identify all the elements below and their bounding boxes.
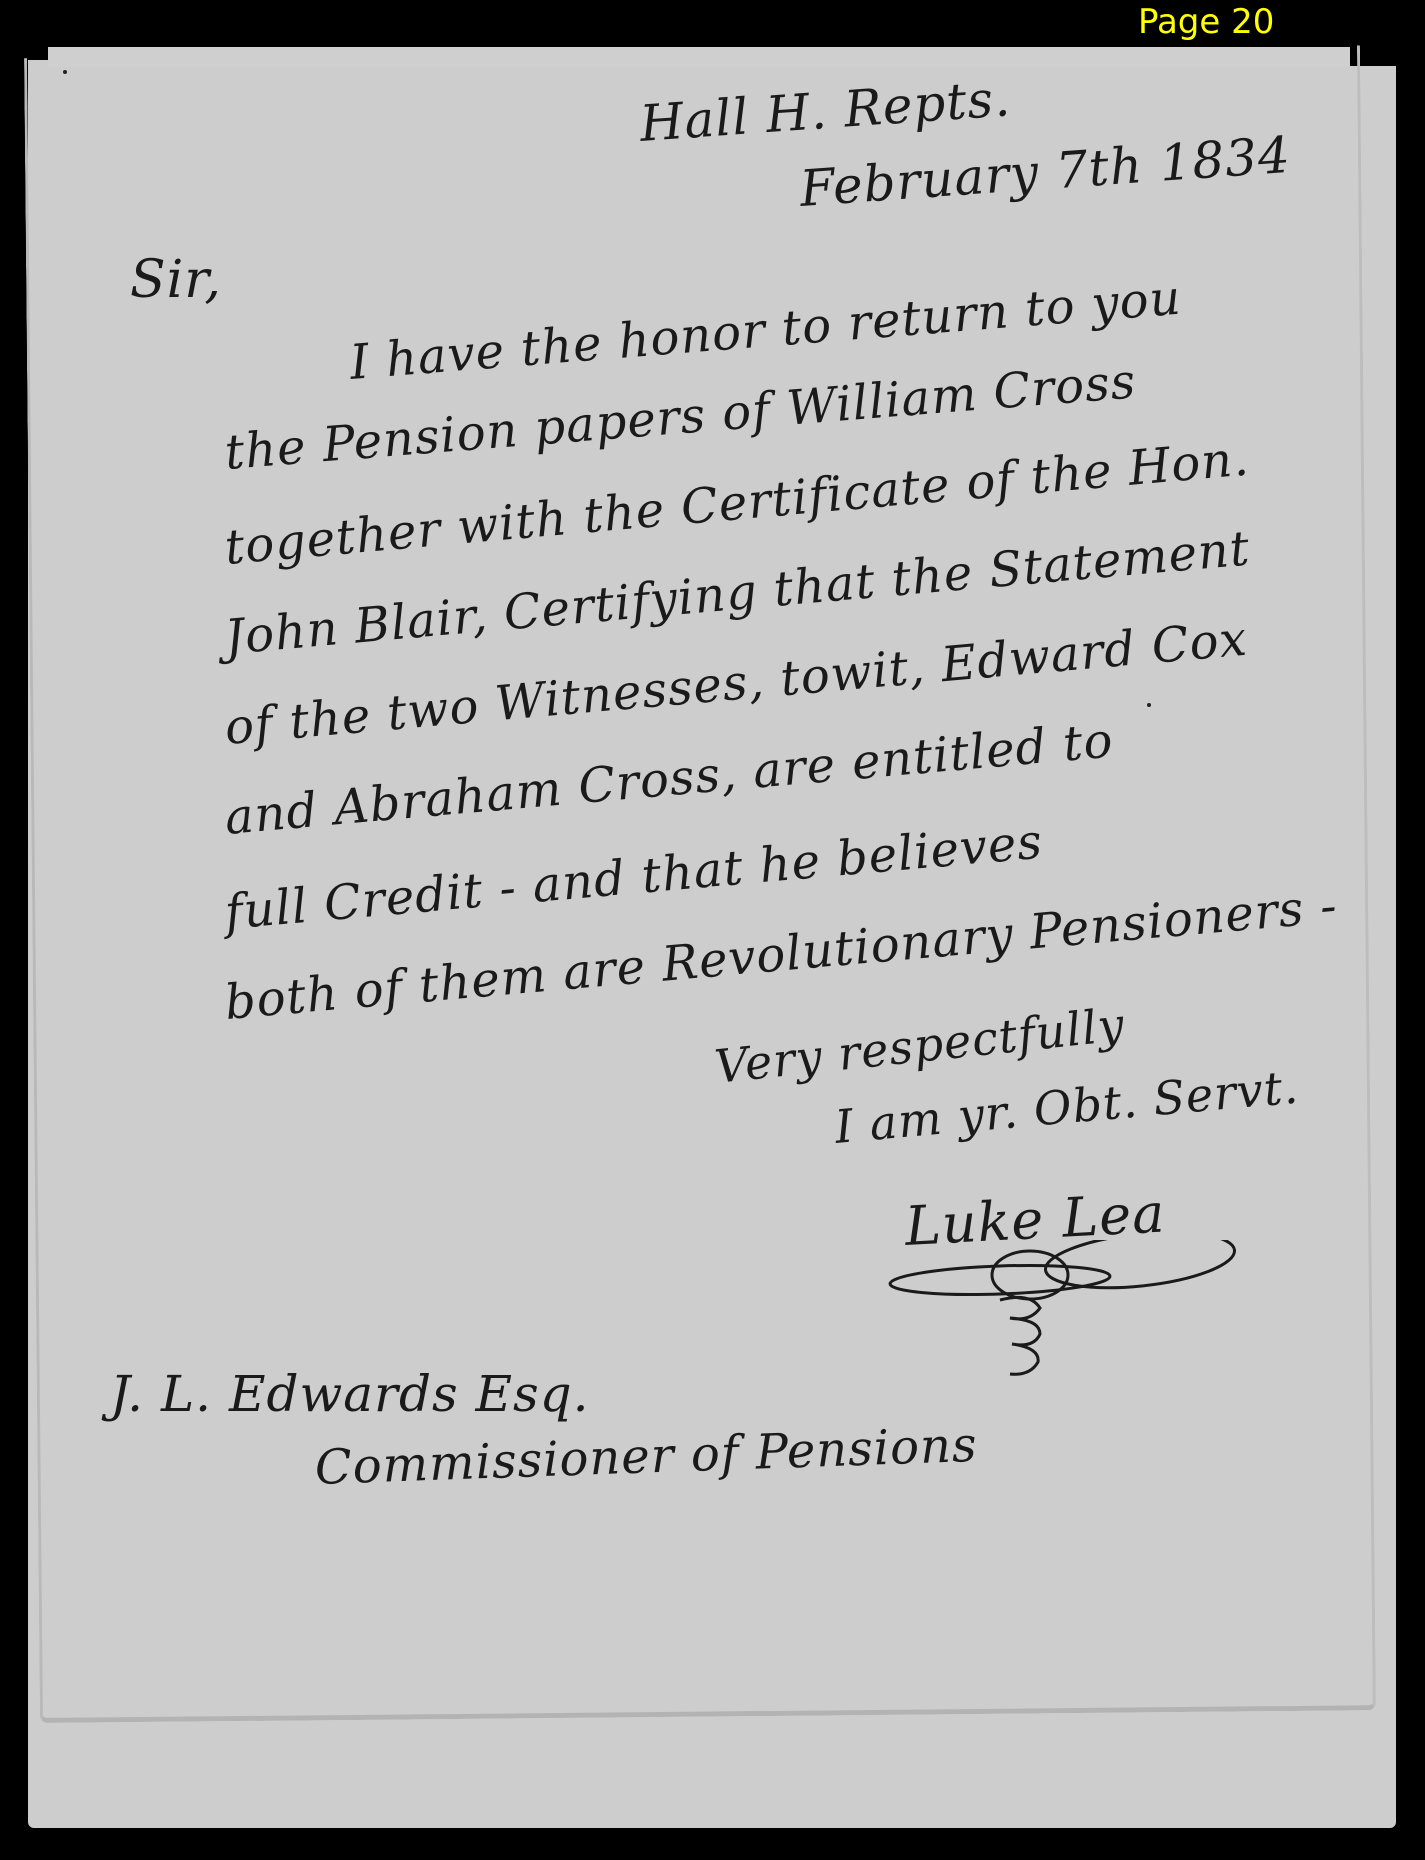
addressee-name: J. L. Edwards Esq. [110,1365,590,1423]
addressee-title: Commissioner of Pensions [314,1417,978,1496]
letter-place: Hall H. Repts. [638,69,1013,153]
handwritten-letter: Hall H. Repts. February 7th 1834 Sir, I … [0,0,1425,1860]
letter-date: February 7th 1834 [798,126,1293,218]
letter-salutation: Sir, [130,250,222,310]
paper-speck [1147,703,1151,707]
page-number-label: Page 20 [1138,2,1274,42]
signature-flourish-icon [880,1240,1260,1390]
paper-speck [63,70,67,74]
